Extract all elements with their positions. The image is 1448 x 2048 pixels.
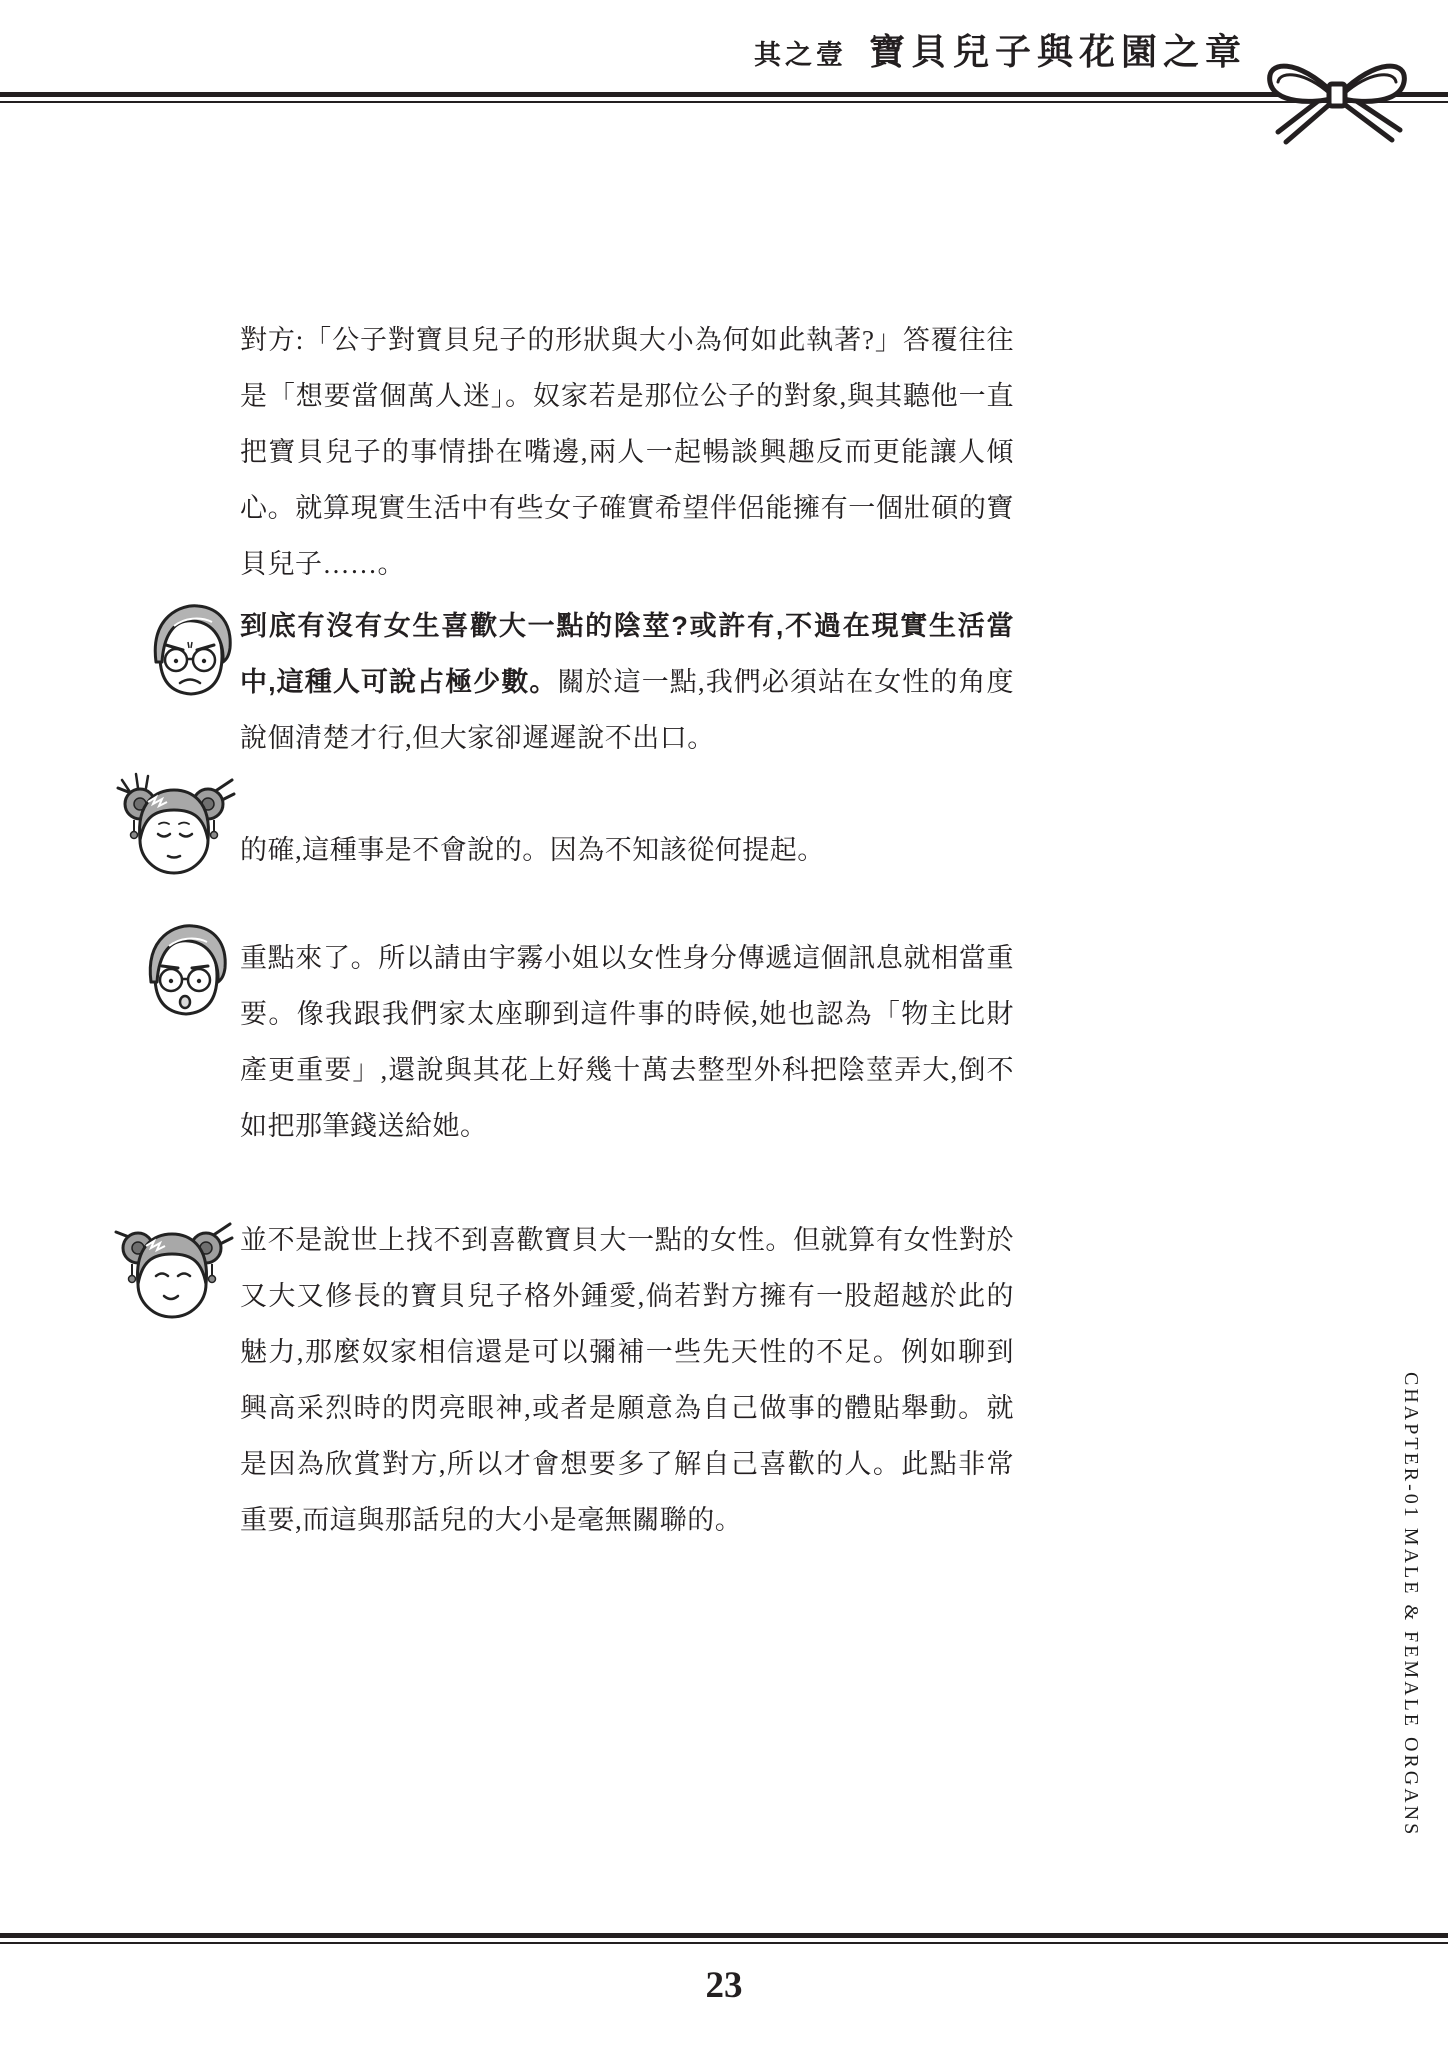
intro-paragraph: 對方:「公子對寶貝兒子的形狀與大小為何如此執著?」答覆往往是「想要當個萬人迷」。… [240, 312, 1014, 592]
dialogue-text: 重點來了。所以請由宇霧小姐以女性身分傳遞這個訊息就相當重要。像我跟我們家太座聊到… [240, 930, 1014, 1154]
elder-man-avatar-icon [140, 596, 240, 708]
dialogue-text: 的確,這種事是不會說的。因為不知該從何提起。 [240, 822, 1014, 878]
oiran-woman-avatar-icon [110, 1212, 234, 1330]
oiran-woman-avatar-icon [112, 768, 236, 886]
dialogue-body: 的確,這種事是不會說的。因為不知該從何提起。 [240, 835, 825, 865]
book-page: 其之壹寶貝兒子與花園之章 對方:「公子對寶貝兒子的形狀與大小為何如此執著?」答覆… [0, 0, 1448, 2048]
dialogue-body: 重點來了。所以請由宇霧小姐以女性身分傳遞這個訊息就相當重要。像我跟我們家太座聊到… [240, 943, 1014, 1141]
dialogue-text: 並不是說世上找不到喜歡寶貝大一點的女性。但就算有女性對於又大又修長的寶貝兒子格外… [240, 1212, 1014, 1548]
dialogue-text: 到底有沒有女生喜歡大一點的陰莖?或許有,不過在現實生活當中,這種人可說占極少數。… [240, 598, 1014, 766]
chapter-number-label: 其之壹 [754, 40, 847, 70]
bottom-divider-rule [0, 1933, 1448, 1944]
gift-ribbon-bow-icon [1258, 38, 1416, 146]
dialogue-body: 並不是說世上找不到喜歡寶貝大一點的女性。但就算有女性對於又大又修長的寶貝兒子格外… [240, 1225, 1014, 1535]
elder-man-avatar-icon [135, 916, 235, 1028]
side-chapter-label: CHAPTER-01 MALE & FEMALE ORGANS [1399, 1372, 1422, 1852]
page-header: 其之壹寶貝兒子與花園之章 [0, 24, 1247, 75]
chapter-title: 寶貝兒子與花園之章 [869, 32, 1247, 72]
page-number: 23 [0, 1964, 1448, 2007]
top-divider-rule [0, 92, 1448, 103]
